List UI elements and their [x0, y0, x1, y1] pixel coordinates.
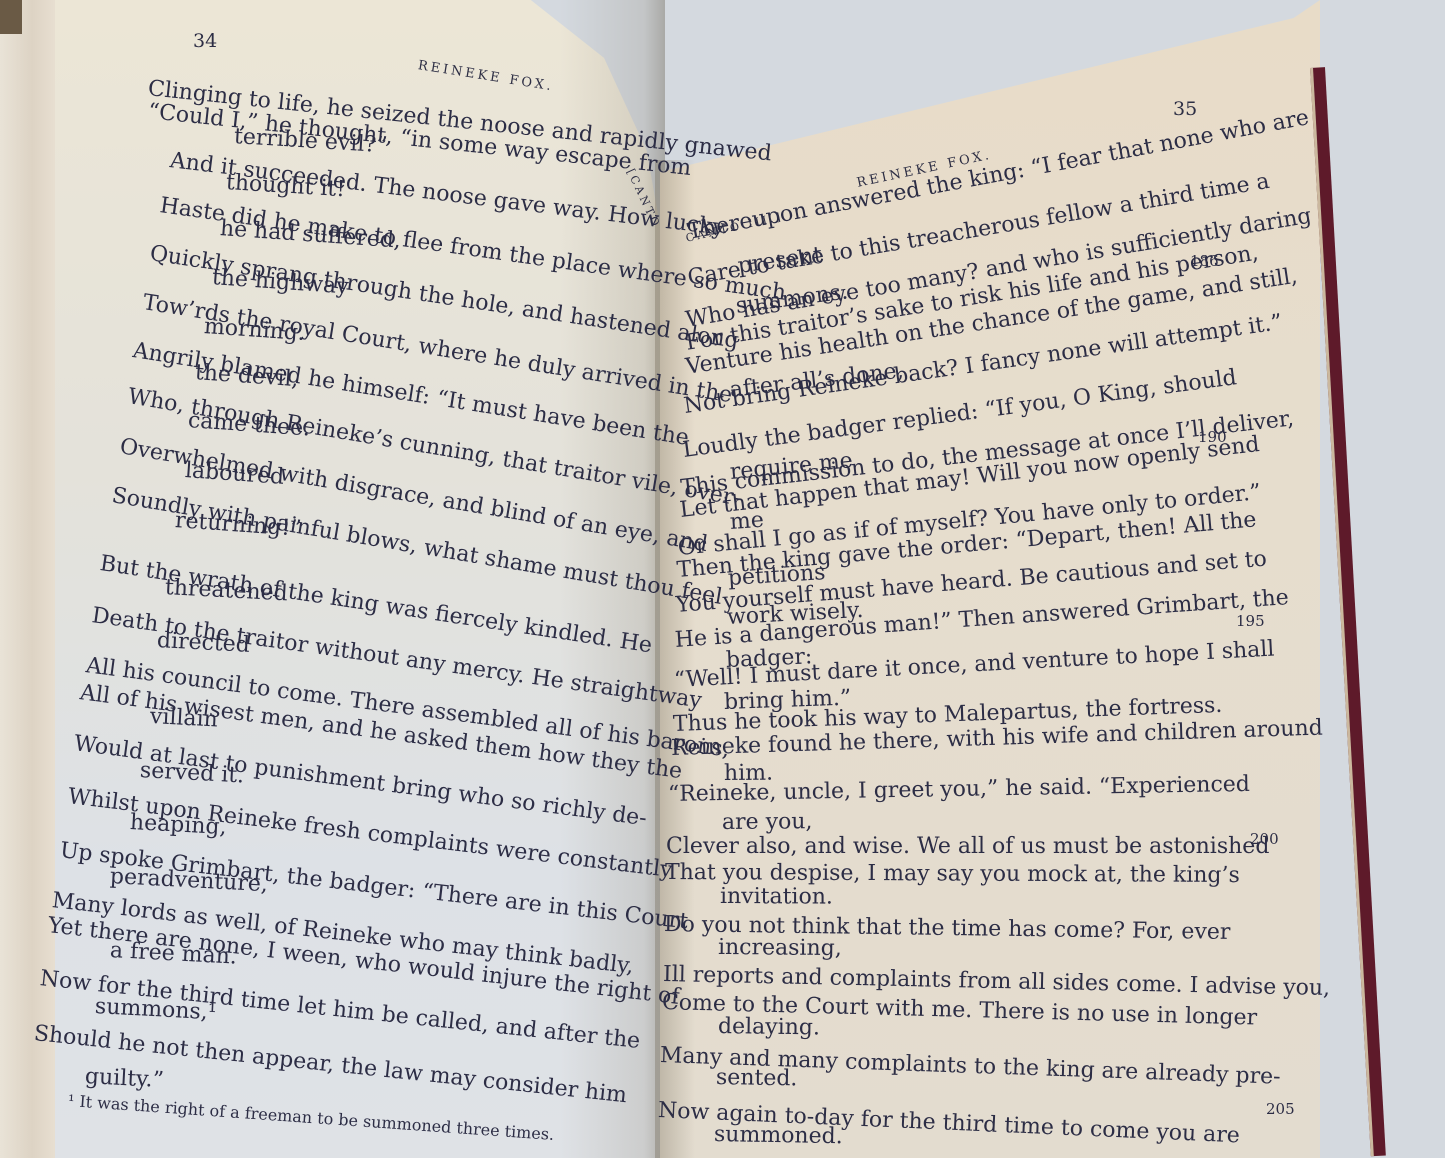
verse-line: heaping, — [129, 812, 227, 839]
verse-line: villain — [149, 706, 218, 732]
verse-line: are you, — [722, 811, 813, 834]
line-number: 205 — [1266, 1100, 1295, 1118]
adjacent-book-corner — [0, 0, 22, 34]
left-page-number: 34 — [193, 30, 217, 52]
verse-line: invitation. — [720, 886, 833, 909]
line-number: 186 — [1190, 252, 1219, 270]
verse-line: sented. — [716, 1067, 798, 1090]
right-page-number: 35 — [1173, 98, 1197, 120]
verse-line: directed — [156, 630, 250, 657]
verse-line: guilty.” — [84, 1066, 164, 1092]
verse-line: summoned. — [714, 1124, 843, 1148]
verse-line: increasing, — [718, 937, 842, 960]
verse-line: served it. — [139, 760, 244, 787]
verse-line: Clever also, and wise. We all of us must… — [666, 836, 1269, 858]
photo-scene: 34 REINEKE FOX. [CANTO 35 REINEKE FOX. C… — [0, 0, 1445, 1158]
line-number: 190 — [1198, 428, 1227, 446]
verse-line: delaying. — [718, 1016, 820, 1039]
line-number: 195 — [1236, 612, 1265, 630]
line-number: 200 — [1250, 830, 1279, 848]
